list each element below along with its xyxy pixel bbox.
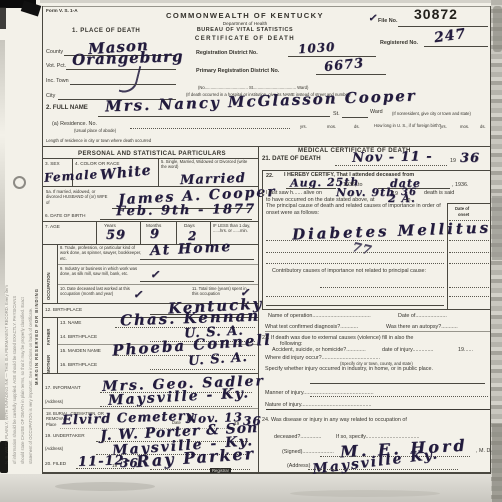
sex-label: 3. SEX: [45, 161, 60, 167]
last-saw-label: I last saw h...... alive on: [266, 190, 322, 197]
nature-label: Nature of injury........................…: [265, 402, 372, 409]
nature-line: [266, 409, 490, 410]
street-note: (No.....................................…: [198, 85, 308, 90]
father-birthplace-label: 14. BIRTHPLACE: [60, 334, 97, 340]
mother-vertical-label: MOTHER: [46, 347, 51, 373]
last-worked-label: 10. Date deceased last worked at this oc…: [60, 286, 130, 297]
margin-binding-note: MARGIN RESERVED FOR BINDING: [34, 185, 39, 385]
commonwealth-title: COMMONWEALTH OF KENTUCKY: [150, 11, 340, 20]
res-yrs-label: yrs.: [300, 124, 307, 129]
st-label: St.: [333, 111, 340, 118]
cause-intro: The principal cause of death and related…: [266, 203, 442, 217]
form-left-border: [42, 6, 43, 473]
filed-line: [76, 468, 134, 469]
onset-col-top: [447, 203, 491, 204]
file-no-label: File No.: [378, 18, 397, 25]
contributory-line-2: [266, 296, 444, 297]
burial-place-label: Place: [46, 422, 56, 427]
city-label: City: [46, 93, 55, 100]
for-ds-label: ds.: [480, 124, 486, 129]
length-note: Length of residence in city or town wher…: [46, 138, 151, 143]
deceased-label: deceased?..............: [274, 434, 321, 441]
reg-district-label: Registration District No.: [196, 50, 258, 57]
last-worked-check: ✓: [133, 288, 143, 301]
reg-district-value: 1030: [298, 40, 336, 57]
margin-note-1: N. B. WRITE PLAINLY, WITH UNFADING INK —…: [4, 34, 9, 464]
autopsy-label: Was there an autopsy?...........: [386, 324, 458, 331]
birthplace-label: 12. BIRTHPLACE: [45, 307, 82, 313]
marital-label: 5. Single, Married, Widowed or Divorced …: [161, 159, 253, 170]
spouse-label: 5a. If married, widowed, or divorced HUS…: [46, 189, 108, 205]
cause-line-2: [266, 252, 444, 253]
signed-address-label: (Address): [287, 463, 310, 470]
age-div3: [176, 221, 177, 244]
dod-year-value: 36: [460, 151, 480, 166]
onset-label-1: Date of: [455, 206, 469, 211]
operation-date-label: Date of.....................: [398, 313, 447, 320]
father-vertical-label: FATHER: [46, 319, 51, 345]
full-name-line: [98, 116, 330, 117]
row9-sep: [57, 284, 258, 285]
if-less-note: IF LESS than 1 day, ......hrs. or ......…: [213, 223, 257, 234]
test-label: What test confirmed diagnosis?..........…: [265, 324, 358, 331]
margin-note-3: should state CAUSE OF DEATH in plain ter…: [20, 34, 25, 464]
certify-number: 22.: [266, 173, 274, 180]
cause-onset-line-3: [449, 263, 489, 264]
registrar-label: Registrar: [210, 468, 231, 473]
onset-label-2: onset: [458, 212, 469, 217]
dob-line: [100, 219, 252, 220]
father-name-label: 13. NAME: [60, 320, 81, 326]
sex-value: Female: [44, 167, 99, 185]
nonresident-note: (If nonresident, give city or town and s…: [392, 111, 490, 116]
death-said-text: death is said: [424, 190, 454, 197]
injury-date-label: date of injury..............: [382, 347, 433, 354]
residence-line: [130, 128, 290, 129]
contributory-line-1: [320, 287, 444, 288]
md-label: , M. D.: [476, 448, 492, 455]
contributory-label: Contributory causes of importance not re…: [272, 268, 432, 275]
age-div1: [96, 221, 97, 244]
industry-check: ✓: [150, 268, 160, 281]
undertaker-label: 19. UNDERTAKER: [45, 433, 85, 439]
filed-label: 20. FILED: [45, 461, 66, 467]
for-yrs-label: yrs.: [440, 124, 447, 129]
primary-reg-line: [316, 74, 386, 75]
specify-label: Specify whether injury occurred in indus…: [265, 366, 450, 373]
primary-reg-label: Primary Registration District No.: [196, 68, 279, 75]
place-of-death-title: 1. PLACE OF DEATH: [72, 27, 140, 35]
pen-flourish: [119, 63, 142, 96]
cause-line-3: [266, 263, 444, 264]
signed-address-line: [308, 469, 458, 470]
row8-sep: [57, 264, 258, 265]
informant-address-line: [100, 406, 252, 407]
occupation-vertical-label: OCCUPATION: [46, 250, 51, 300]
undertaker-address-label: (Address): [45, 446, 63, 451]
informant-label: 17. INFORMANT: [45, 385, 81, 391]
trade-label: 8. Trade, profession, or particular kind…: [60, 245, 144, 261]
file-check-mark: ✓: [368, 13, 377, 24]
left-section-title: PERSONAL AND STATISTICAL PARTICULARS: [78, 150, 226, 158]
age-months-value: 9: [150, 227, 160, 242]
dod-value: Nov - 11 -: [352, 149, 433, 165]
injury-blank-line: [310, 383, 485, 384]
injury-year-label: 19......: [458, 347, 473, 354]
death-certificate-scan: N. B. WRITE PLAINLY, WITH UNFADING INK —…: [0, 0, 502, 502]
trade-line: [140, 259, 254, 260]
attended-line-1: [286, 188, 336, 189]
scan-dark-right-2: [492, 196, 502, 260]
contributory-onset-line-2: [449, 296, 489, 297]
vot-pct-label: Vot. Pct.: [46, 63, 66, 70]
ward-label: Ward: [370, 109, 383, 116]
scan-dark-right-3: [492, 424, 502, 502]
mother-name-label: 15. MAIDEN NAME: [60, 348, 101, 354]
abode-note: (Usual place of abode): [74, 128, 116, 133]
row6-bottom: [42, 221, 258, 222]
signed-label: (Signed).....................: [282, 449, 334, 456]
age-years-value: 59: [106, 228, 126, 243]
st-line: [342, 117, 368, 118]
file-no-line: [398, 26, 488, 27]
inc-town-label: Inc. Town: [46, 78, 69, 85]
cause-onset-line-1: [449, 240, 489, 241]
occupation-strip-divider: [57, 244, 58, 303]
row17-bottom: [42, 408, 258, 409]
res-ds-label: ds.: [354, 124, 360, 129]
informant-address-label: (Address): [45, 399, 63, 404]
file-no-value: 30872: [414, 6, 458, 22]
rowA-div2: [158, 158, 159, 186]
dod-year-prefix: 19: [450, 158, 456, 165]
test-underline: [265, 331, 491, 332]
form-number: Form V. S. 1-A: [46, 8, 78, 14]
mother-birthplace-value: U. S. A.: [188, 350, 249, 369]
scan-dark-right-1: [493, 6, 502, 52]
for-mos-label: mos.: [460, 124, 469, 129]
age-div2: [140, 221, 141, 244]
scan-blot-top-left-3: [0, 7, 6, 29]
full-name-label: 2. FULL NAME: [46, 104, 88, 112]
inc-town-line: [70, 84, 176, 85]
related-label: 24. Was disease or injury in any way rel…: [262, 417, 407, 424]
bureau-title: BUREAU OF VITAL STATISTICS: [150, 27, 340, 34]
mother-birthplace-line: [150, 369, 255, 370]
scan-top-strip: [40, 0, 491, 3]
scan-blot-top-left-2: [21, 0, 42, 16]
res-mos-label: mos.: [327, 124, 336, 129]
operation-label: Name of operation.......................…: [268, 313, 371, 320]
registered-no-label: Registered No.: [380, 40, 418, 47]
registrar-line: [150, 469, 250, 470]
industry-label: 9. Industry or business in which work wa…: [60, 266, 144, 277]
dob-label: 6. DATE OF BIRTH: [45, 213, 85, 219]
age-label: 7. AGE: [45, 224, 60, 230]
form-bottom-border: [42, 472, 491, 474]
scan-smudge-bottom-1: [55, 482, 155, 491]
foreign-note: How long in U. S., if of foreign birth?: [374, 123, 441, 128]
scan-smudge-bottom-2: [290, 490, 440, 497]
vot-pct-line: [66, 69, 176, 70]
county-label: County: [46, 49, 63, 56]
residence-label: (a) Residence. No.: [52, 121, 97, 128]
mother-birthplace-label: 16. BIRTHPLACE: [60, 362, 97, 368]
manner-line: [310, 396, 488, 397]
registered-no-line: [424, 46, 488, 47]
trade-value: At Home: [150, 239, 233, 259]
parents-strip-divider: [57, 317, 58, 373]
attended-to-year: , 1936.: [452, 182, 469, 189]
industry-line: [140, 281, 254, 282]
primary-reg-value: 6673: [323, 56, 365, 75]
contributory-line-3: [266, 305, 444, 306]
margin-note-2: of information should be carefully suppl…: [12, 34, 17, 464]
margin-note-4: statement of OCCUPATION is very importan…: [28, 34, 33, 464]
registered-no-value: 247: [433, 26, 467, 46]
cause-onset-line-2: [449, 252, 489, 253]
section-divider-line: [42, 146, 491, 147]
dob-value: Feb. 9th - 1877: [116, 202, 256, 219]
contributory-onset-line-1: [449, 287, 489, 288]
accident-label: Accident, suicide, or homicide?.........…: [272, 347, 366, 354]
dod-label: 21. DATE OF DEATH: [262, 155, 321, 163]
